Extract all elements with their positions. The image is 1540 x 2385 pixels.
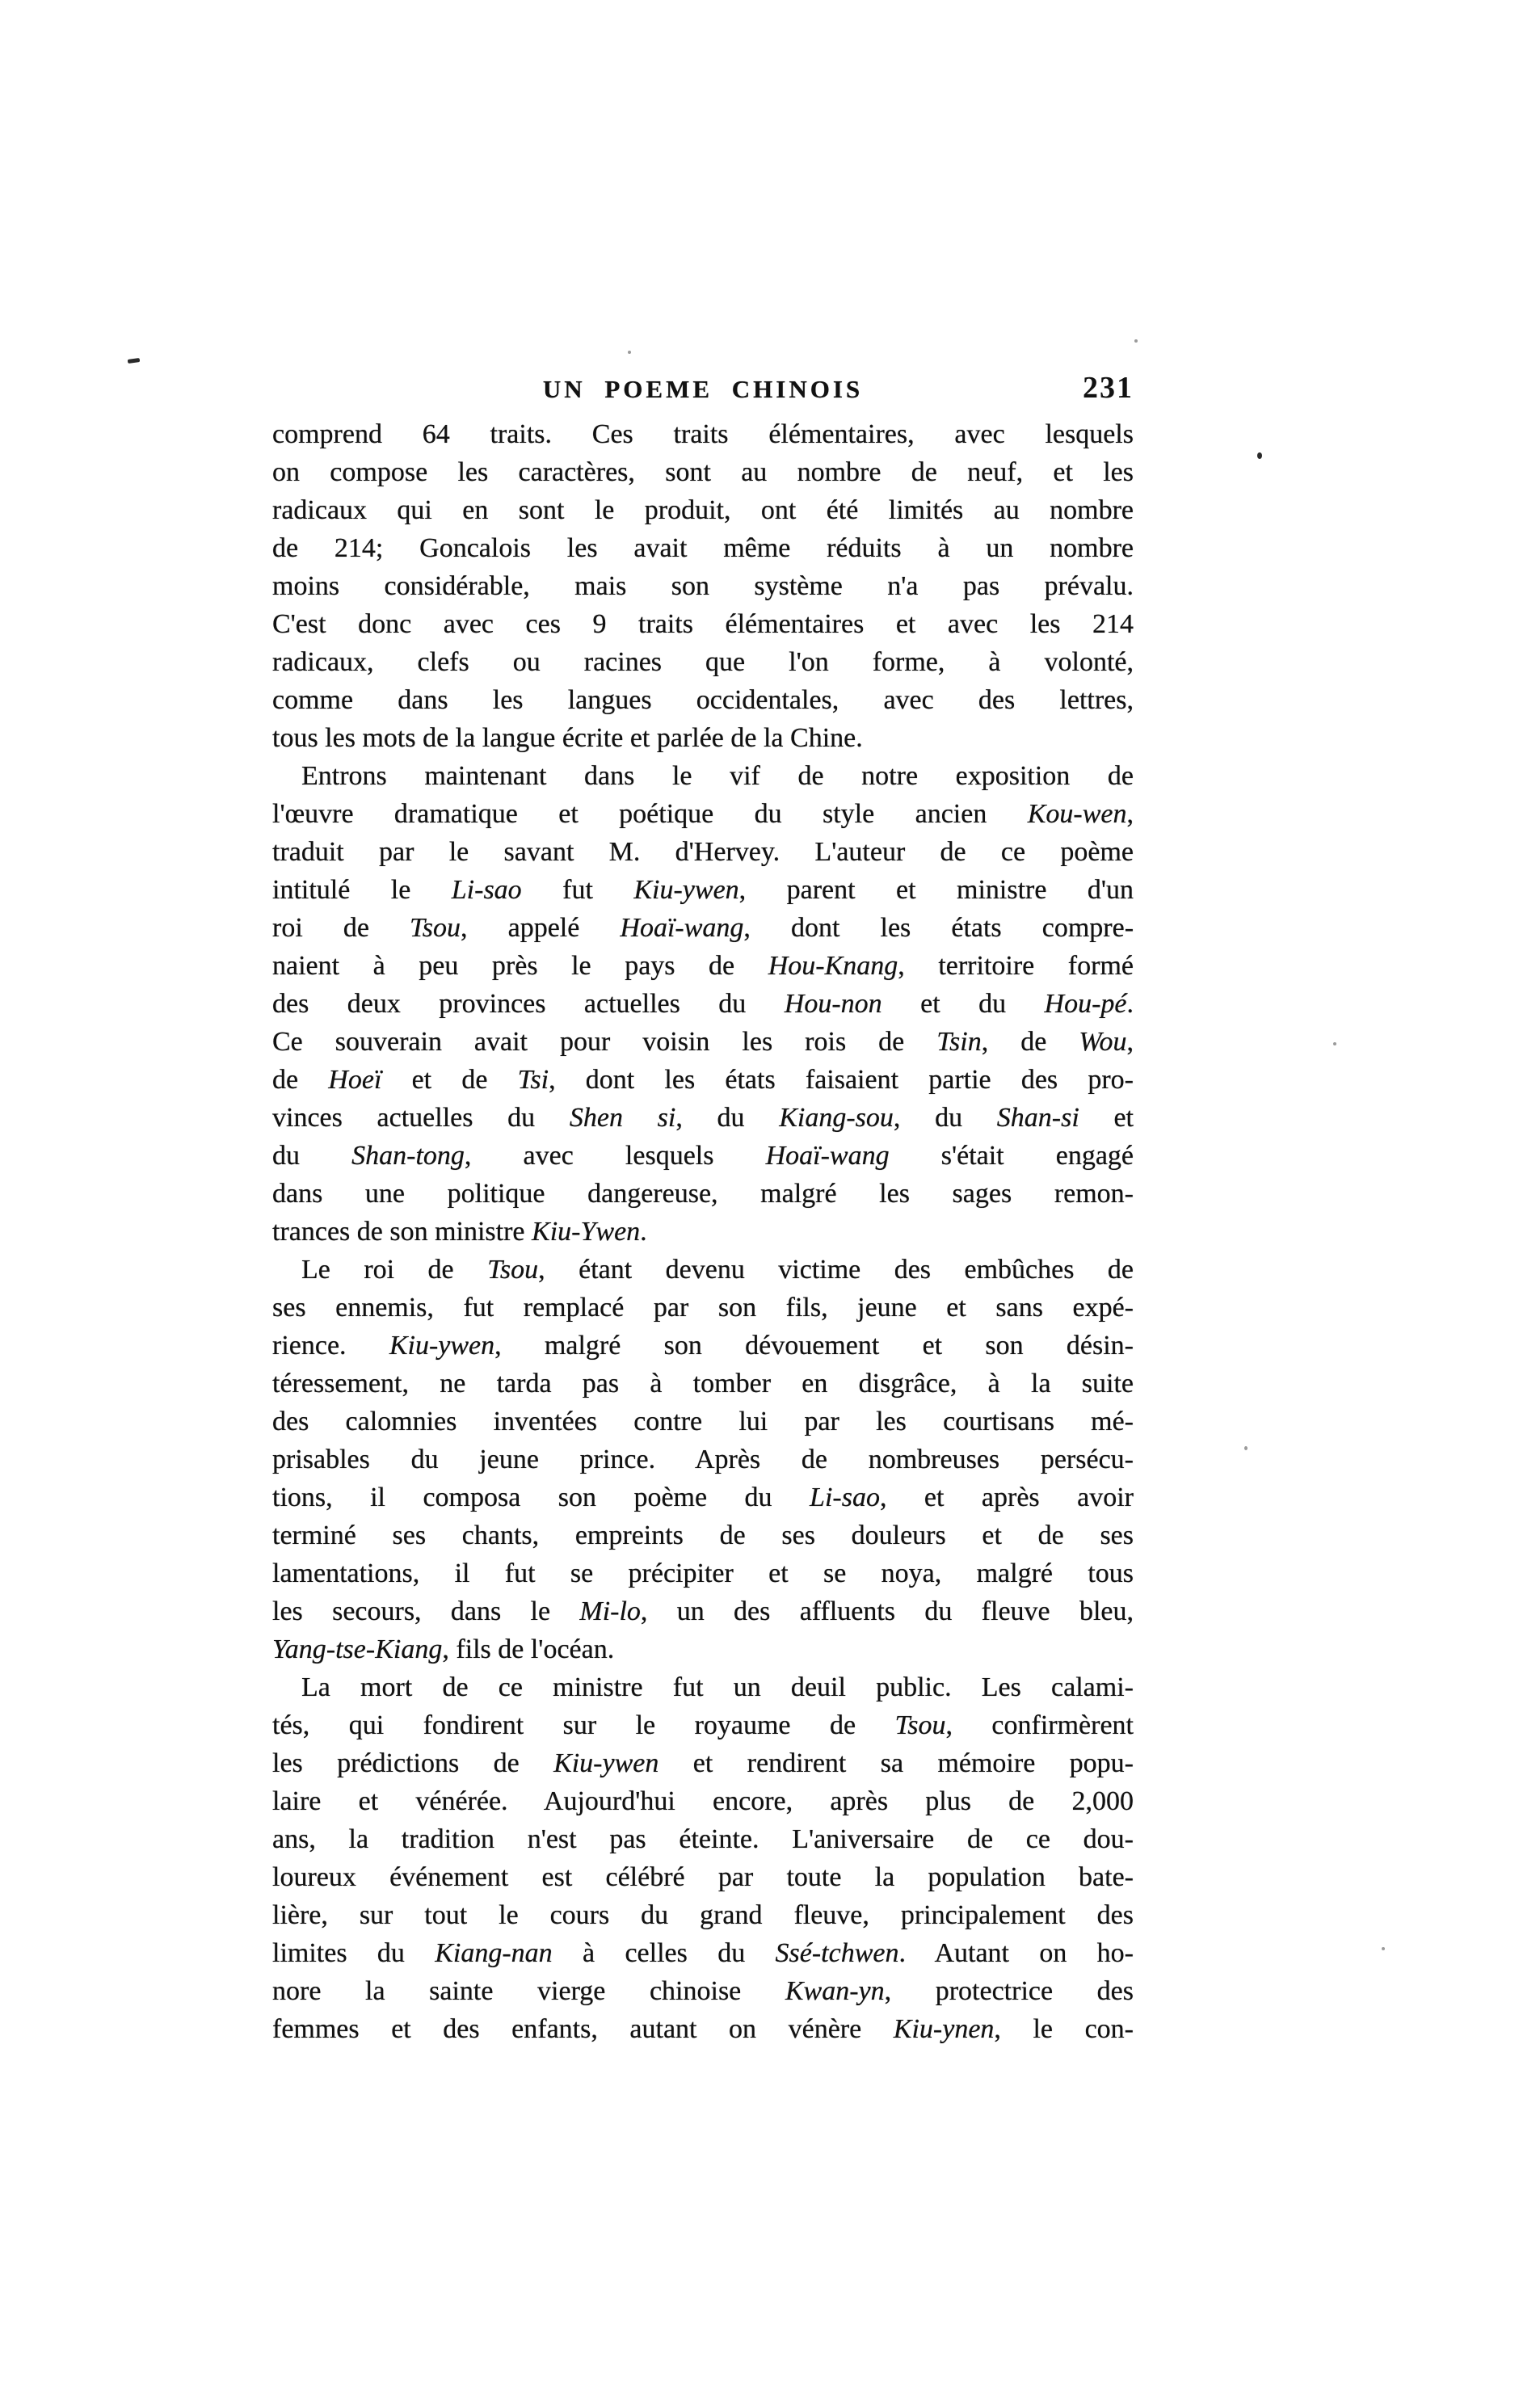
text-line: lamentations, il fut se précipiter et se… [272, 1554, 1134, 1592]
text-line: limites du Kiang-nan à celles du Ssé-tch… [272, 1934, 1134, 1972]
text-line: femmes et des enfants, autant on vénère … [272, 2010, 1134, 2048]
text-line: terminé ses chants, empreints de ses dou… [272, 1516, 1134, 1554]
text-line: nore la sainte vierge chinoise Kwan-yn, … [272, 1972, 1134, 2010]
text-line: tous les mots de la langue écrite et par… [272, 719, 1134, 757]
text-line: de Hoeï et de Tsi, dont les états faisai… [272, 1061, 1134, 1099]
text-line: La mort de ce ministre fut un deuil publ… [272, 1668, 1134, 1706]
text-line: trances de son ministre Kiu-Ywen. [272, 1213, 1134, 1251]
text-line: téressement, ne tarda pas à tomber en di… [272, 1365, 1134, 1403]
running-header: UN POEME CHINOIS 231 [272, 370, 1134, 412]
text-line: lière, sur tout le cours du grand fleuve… [272, 1896, 1134, 1934]
scan-speck [1244, 1446, 1248, 1450]
text-line: tés, qui fondirent sur le royaume de Tso… [272, 1706, 1134, 1744]
scan-speck [128, 358, 141, 364]
text-line: naient à peu près le pays de Hou-Knang, … [272, 947, 1134, 985]
text-line: ans, la tradition n'est pas éteinte. L'a… [272, 1820, 1134, 1858]
text-line: rience. Kiu-ywen, malgré son dévouement … [272, 1327, 1134, 1365]
text-line: comprend 64 traits. Ces traits élémentai… [272, 415, 1134, 453]
text-line: l'œuvre dramatique et poétique du style … [272, 795, 1134, 833]
text-line: C'est donc avec ces 9 traits élémentaire… [272, 605, 1134, 643]
page-number: 231 [1083, 367, 1134, 409]
text-line: des calomnies inventées contre lui par l… [272, 1403, 1134, 1441]
text-line: vinces actuelles du Shen si, du Kiang-so… [272, 1099, 1134, 1137]
scan-speck [1257, 452, 1262, 459]
text-line: laire et vénérée. Aujourd'hui encore, ap… [272, 1782, 1134, 1820]
paragraph: comprend 64 traits. Ces traits élémentai… [272, 415, 1134, 757]
text-block: comprend 64 traits. Ces traits élémentai… [272, 415, 1134, 2048]
text-line: Yang-tse-Kiang, fils de l'océan. [272, 1630, 1134, 1668]
text-line: comme dans les langues occidentales, ave… [272, 681, 1134, 719]
scanned-book-page: UN POEME CHINOIS 231 comprend 64 traits.… [0, 0, 1540, 2385]
scan-speck [1134, 339, 1138, 343]
text-line: loureux événement est célébré par toute … [272, 1858, 1134, 1896]
text-line: ses ennemis, fut remplacé par son fils, … [272, 1289, 1134, 1327]
text-line: Ce souverain avait pour voisin les rois … [272, 1023, 1134, 1061]
text-line: dans une politique dangereuse, malgré le… [272, 1175, 1134, 1213]
running-head-title: UN POEME CHINOIS [272, 370, 1134, 409]
scan-speck [1333, 1042, 1336, 1045]
scan-speck [1382, 1947, 1385, 1950]
text-line: moins considérable, mais son système n'a… [272, 567, 1134, 605]
text-line: des deux provinces actuelles du Hou-non … [272, 985, 1134, 1023]
paragraph: La mort de ce ministre fut un deuil publ… [272, 1668, 1134, 2048]
text-line: de 214; Goncalois les avait même réduits… [272, 529, 1134, 567]
text-line: radicaux qui en sont le produit, ont été… [272, 491, 1134, 529]
paragraph: Entrons maintenant dans le vif de notre … [272, 757, 1134, 1251]
text-line: intitulé le Li-sao fut Kiu-ywen, parent … [272, 871, 1134, 909]
text-line: on compose les caractères, sont au nombr… [272, 453, 1134, 491]
text-line: traduit par le savant M. d'Hervey. L'aut… [272, 833, 1134, 871]
text-line: tions, il composa son poème du Li-sao, e… [272, 1479, 1134, 1516]
scan-speck [628, 351, 631, 354]
text-line: radicaux, clefs ou racines que l'on form… [272, 643, 1134, 681]
paragraph: Le roi de Tsou, étant devenu victime des… [272, 1251, 1134, 1668]
text-line: les secours, dans le Mi-lo, un des afflu… [272, 1592, 1134, 1630]
text-line: roi de Tsou, appelé Hoaï-wang, dont les … [272, 909, 1134, 947]
text-line: prisables du jeune prince. Après de nomb… [272, 1441, 1134, 1479]
text-line: du Shan-tong, avec lesquels Hoaï-wang s'… [272, 1137, 1134, 1175]
text-line: les prédictions de Kiu-ywen et rendirent… [272, 1744, 1134, 1782]
text-line: Le roi de Tsou, étant devenu victime des… [272, 1251, 1134, 1289]
text-line: Entrons maintenant dans le vif de notre … [272, 757, 1134, 795]
